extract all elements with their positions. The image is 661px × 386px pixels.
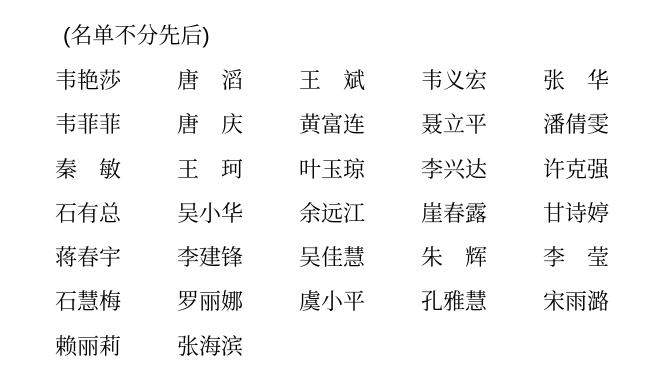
name-cell: 唐 滔 (177, 66, 243, 110)
name-cell: 罗丽娜 (177, 287, 243, 331)
name-cell: 秦 敏 (55, 155, 121, 199)
name-cell: 甘诗婷 (543, 199, 609, 243)
name-cell: 李 莹 (543, 243, 609, 287)
name-list-page: (名单不分先后) 韦艳莎 唐 滔 王 斌 韦义宏 张 华 韦菲菲 唐 庆 黄富连… (0, 0, 661, 386)
name-cell: 宋雨潞 (543, 287, 609, 331)
name-cell: 韦义宏 (421, 66, 487, 110)
name-grid: 韦艳莎 唐 滔 王 斌 韦义宏 张 华 韦菲菲 唐 庆 黄富连 聂立平 潘倩雯 … (55, 66, 661, 376)
name-cell: 朱 辉 (421, 243, 487, 287)
name-cell: 虞小平 (299, 287, 365, 331)
name-cell: 赖丽莉 (55, 332, 121, 376)
list-disclaimer: (名单不分先后) (63, 21, 210, 51)
name-cell: 蒋春宇 (55, 243, 121, 287)
name-cell: 崖春露 (421, 199, 487, 243)
name-cell: 李兴达 (421, 155, 487, 199)
name-cell: 韦菲菲 (55, 110, 121, 154)
name-cell: 韦艳莎 (55, 66, 121, 110)
name-cell: 吴佳慧 (299, 243, 365, 287)
name-cell: 张 华 (543, 66, 609, 110)
name-cell: 石慧梅 (55, 287, 121, 331)
name-cell: 唐 庆 (177, 110, 243, 154)
name-cell: 王 斌 (299, 66, 365, 110)
name-cell: 黄富连 (299, 110, 365, 154)
name-cell: 石有总 (55, 199, 121, 243)
name-cell: 李建锋 (177, 243, 243, 287)
name-cell: 聂立平 (421, 110, 487, 154)
name-cell: 孔雅慧 (421, 287, 487, 331)
name-cell: 王 珂 (177, 155, 243, 199)
name-cell: 叶玉琼 (299, 155, 365, 199)
name-cell: 吴小华 (177, 199, 243, 243)
name-cell: 潘倩雯 (543, 110, 609, 154)
name-cell: 张海滨 (177, 332, 243, 376)
name-cell: 余远江 (299, 199, 365, 243)
name-cell: 许克强 (543, 155, 609, 199)
